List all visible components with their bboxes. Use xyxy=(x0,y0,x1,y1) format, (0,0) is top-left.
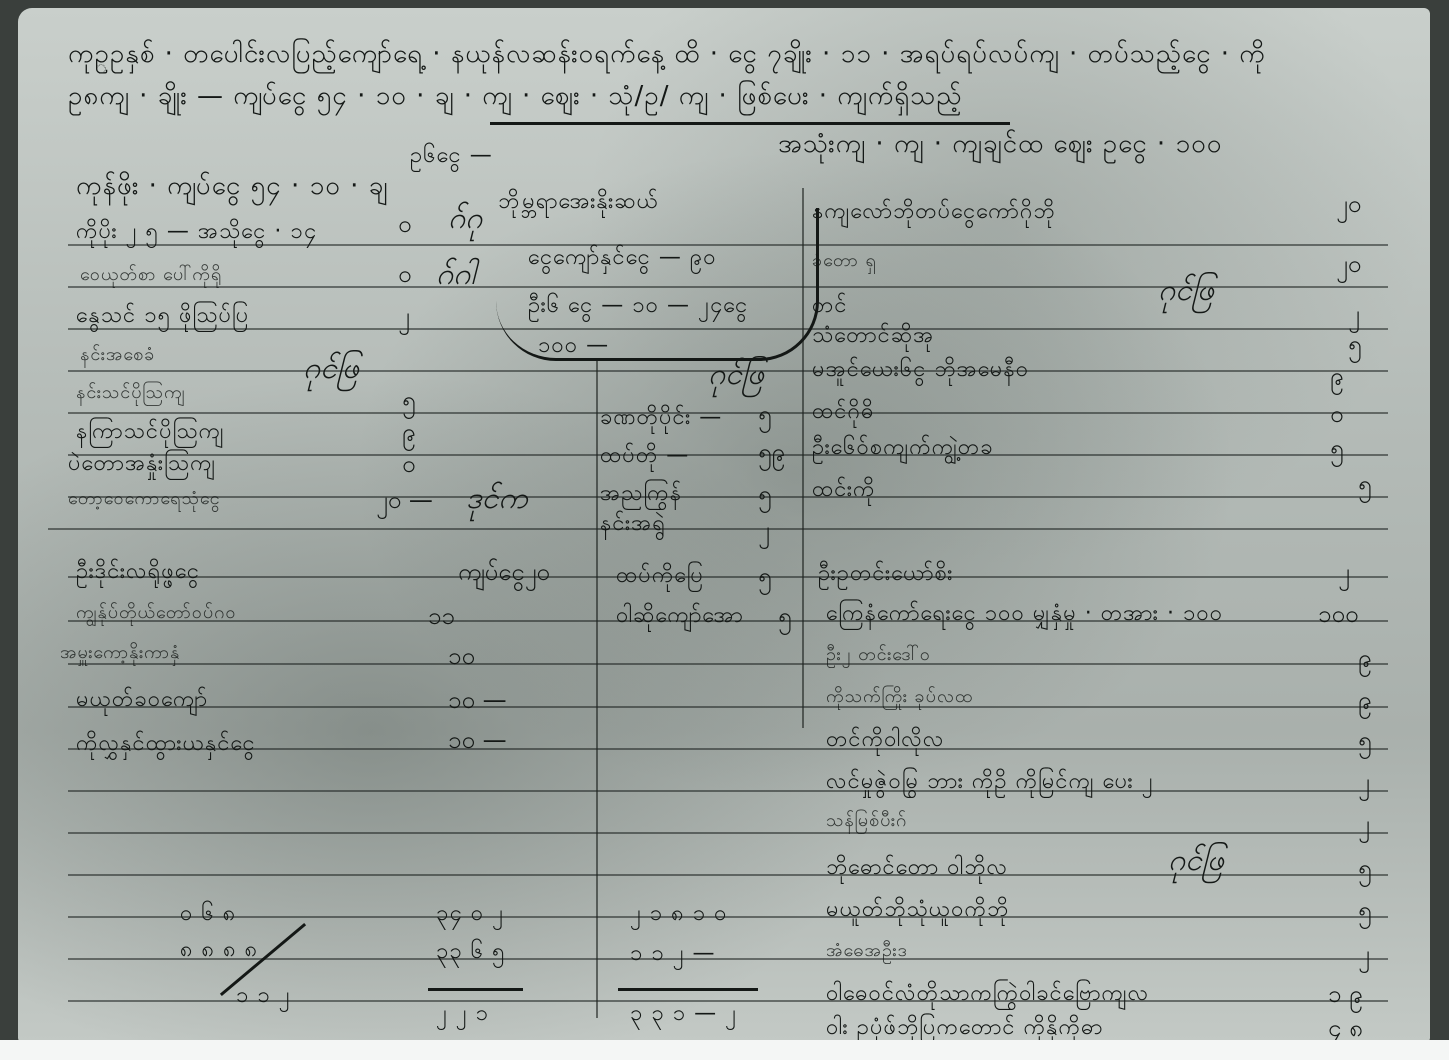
calc-line: ၁ ၁ ၂ — xyxy=(630,938,716,971)
left-lower-amount: ၁၀ — xyxy=(448,724,507,760)
middle-row: ထပ်ကိုပြေ xyxy=(616,560,704,593)
right-row: တင် xyxy=(812,290,848,323)
left-amount: ၉ xyxy=(402,416,416,452)
right-row: တင်ကိုဝါလိုလ xyxy=(826,724,945,757)
left-amount: ၂ xyxy=(398,300,410,336)
right-amount: ၁၀၀ xyxy=(1318,598,1359,634)
middle-row: နင်းအရွဲ xyxy=(600,508,666,541)
ruling-line xyxy=(68,412,1388,414)
left-lower-amount: ၁၀ — xyxy=(448,684,507,720)
right-amount: ၂ xyxy=(1358,808,1370,844)
left-lower-row: မယုတ်ခဝကျော် xyxy=(76,684,208,717)
right-row: လင်မှုဇွဲဝမြွ ဘား ကိုဥိ ကိုမြင်ကျ ပေး ၂ xyxy=(826,766,1154,799)
right-row: ဦး၂ တင်းဒေါ်ဝ xyxy=(826,642,931,669)
right-amount: ၂၀ xyxy=(1336,248,1361,284)
left-row: ကိုပိုး ၂ ၅ — အသိုငွေ · ၁၄ xyxy=(76,216,317,249)
boxed-note-line: ဘိုမ္ဘရာအေးနိုးဆယ် xyxy=(498,186,659,219)
ruling-line xyxy=(68,576,1388,578)
manuscript-page: ကုဥ္ဥနှစ် · တပေါင်းလပြည့်ကျော်ရေ့ · နယုန… xyxy=(18,8,1430,1042)
middle-row: ဝါဆိုကျော်အော xyxy=(616,600,744,633)
middle-row: ခဏတိုပိုင်း — xyxy=(600,402,722,435)
signature-mark: ဒုင်က xyxy=(466,478,528,523)
column-divider xyxy=(596,358,598,1018)
right-amount: ၂ xyxy=(1338,556,1350,592)
right-amount: ၂ xyxy=(1358,766,1370,802)
calc-line: ၂ ၁ ၈ ၁ ၀ xyxy=(630,898,727,931)
right-row: ထင်းကို xyxy=(812,474,876,507)
middle-amount: ၅၉ xyxy=(758,436,785,472)
right-row: ထင်ဂိုဓိ xyxy=(812,396,874,429)
header-line-2: ဥ၈ကျ · ချိုး — ကျပ်ငွေ ၅၄ · ၁၀ · ချ · ကျ… xyxy=(68,78,962,117)
ruling-line xyxy=(68,663,1388,665)
right-row: သန်မြစ်ပီးဂ် xyxy=(826,808,907,835)
header-underline xyxy=(490,122,1010,125)
right-amount: ၅ xyxy=(1358,852,1372,888)
left-lower-row: ကျွန်ုပ်တိုယ်တော်ဝပ်ဂ၀ xyxy=(76,600,237,627)
left-row: ပဲတောအနှုံးသြကျ xyxy=(68,448,216,481)
right-amount: ၅ xyxy=(1358,724,1372,760)
left-amount: ၀ xyxy=(398,258,412,294)
signature-mark: ဂ်ဂု xyxy=(448,198,482,243)
middle-row: အညကြွန် xyxy=(600,478,682,511)
left-lower-amount: ၁၁ xyxy=(428,600,455,636)
right-amount: ၀ xyxy=(1330,398,1344,434)
right-amount: ၅ xyxy=(1348,328,1362,364)
left-lower-row: အမှူးကော့နိုးကာနှံ xyxy=(60,640,180,667)
left-lower-amount: ၁၀ xyxy=(448,640,475,676)
right-row: ကိုသက်ကြိုး ခုပ်လထ xyxy=(826,684,973,711)
right-row: မအူင်ယေး၆ငွ ဘိုအမေနီဝ xyxy=(812,354,1029,387)
header-subnote: ဥ၆ငွေ — xyxy=(410,140,493,173)
signature-mark: ဂ်ဂါ xyxy=(436,254,475,299)
header-line-1: ကုဥ္ဥနှစ် · တပေါင်းလပြည့်ကျော်ရေ့ · နယုန… xyxy=(68,36,1266,75)
boxed-note-line: ငွေကျော်နှင်ငွေ — ၉၀ xyxy=(528,242,717,275)
ruling-line xyxy=(68,832,1388,834)
right-row: အံဓေအဦးဒ xyxy=(826,938,908,965)
right-row: နကျလော်ဘိုတပ်ငွေကော်ဂိုဘို xyxy=(812,196,1056,229)
middle-amount: ၂ xyxy=(758,514,770,550)
calc-line: ၃ ၃ ၁ — ၂ xyxy=(630,998,737,1031)
ruling-line xyxy=(68,706,1388,708)
right-amount: ၅ xyxy=(1358,468,1372,504)
left-row: နွေသင် ၁၅ ဖိုသြပ်ပြ xyxy=(76,300,249,333)
ruling-line xyxy=(68,496,1388,498)
right-amount: ၂၀ xyxy=(1336,188,1361,224)
right-row: သံတောင်ဆိုအု xyxy=(812,320,934,353)
ruling-line xyxy=(68,454,1388,456)
right-amount: ၉ xyxy=(1330,360,1344,396)
right-amount: ၁ ၉ xyxy=(1328,978,1363,1014)
sum-line xyxy=(428,988,523,991)
right-amount: ၉ xyxy=(1358,642,1372,678)
ruling-line xyxy=(48,528,1388,530)
right-row: ဦး၆ေဝ်စကျက်ကျွဲ့တခ xyxy=(812,432,994,465)
right-row: ဦးဥတင်းယော်စိး xyxy=(818,558,954,591)
right-amount: ၉ xyxy=(1358,684,1372,720)
right-column-title: အသုံးကျ · ကျ · ကျချင်ထ ဈေး ဥငွေ · ၁၀၀ xyxy=(778,126,1222,165)
right-row: ဝါဓေဝင်လံတိုသာကကြွဲဝါခင်ဗြောကျလ xyxy=(826,978,1149,1011)
calc-line: ၃၄ ၀ ၂ xyxy=(436,898,504,931)
calc-line: ၃၃ ၆ ၅ xyxy=(436,936,506,969)
scan-border xyxy=(0,1040,1449,1060)
middle-amount: ၅ xyxy=(758,560,772,596)
left-lower-amount: ကျပ်ငွေ၂ဝ xyxy=(458,556,550,592)
calc-line: ဝ ၆ ၈ xyxy=(180,898,236,931)
ruling-line xyxy=(68,790,1388,792)
left-row: နကြာသင်ပိုသြကျ xyxy=(76,416,225,449)
calc-line: ၁ ၁ ၂ xyxy=(236,980,291,1013)
left-row: တော့ဝေကောရေသုံငွေ xyxy=(68,486,221,513)
right-row: မယူတ်ဘိုသုံယူဝကိုဘို xyxy=(826,894,1009,927)
middle-amount: ၅ xyxy=(758,398,772,434)
left-row: ဝေယုတ်စာ ပေါ်ကိုရို xyxy=(80,262,222,289)
signature-mark: ဂုင်ဖြ xyxy=(303,348,359,393)
middle-amount: ၅ xyxy=(778,600,792,636)
signature-mark: ဂုင်ဖြ xyxy=(1158,270,1214,315)
right-amount: ၅ xyxy=(1358,894,1372,930)
right-amount: ၂ xyxy=(1358,938,1370,974)
right-row: ဘိုဓောင်တော ဝါဘိုလ xyxy=(826,852,1008,885)
signature-mark: ဂုင်ဖြ xyxy=(1168,840,1224,885)
left-column-title: ကုန်ဖိုး · ကျပ်ငွေ ၅၄ · ၁၀ · ချ xyxy=(76,168,388,207)
left-amount: ၅ xyxy=(402,384,416,420)
right-row: ကြေနံကော်ရေးငွေ ၁၀၀ မျှနှံမှု · တအား · ၁… xyxy=(826,598,1223,631)
ruling-line xyxy=(68,748,1388,750)
left-amount: ၀ xyxy=(398,208,412,244)
left-amount: ၂၀ — xyxy=(376,484,433,520)
middle-row: ထပ်တို — xyxy=(600,440,689,473)
ruling-line xyxy=(68,916,1388,918)
signature-mark: ဂုင်ဖြ xyxy=(708,354,764,399)
boxed-note-line: ဦး၆ ငွေ — ၁၀ — ၂၄ငွေ xyxy=(528,290,748,323)
left-lower-row: ဦးဒိုင်းလရိုဖ္ဖငွေ xyxy=(76,556,200,589)
calc-line: ၂ ၂ ၁ xyxy=(436,998,489,1031)
right-amount: ၅ xyxy=(1330,432,1344,468)
left-lower-row: ကိုလွှနှင်ထွားယနှင်ငွေ xyxy=(76,728,256,761)
boxed-note-line: ၁၀၀ — xyxy=(538,330,609,363)
sum-line xyxy=(618,988,758,991)
calc-line: ၈ ၈ ၈ ၈ xyxy=(180,934,258,967)
middle-amount: ၅ xyxy=(758,478,772,514)
left-row: နင်းအစေခံ xyxy=(80,342,155,369)
left-row: နင်းသင်ပိုသြကျ xyxy=(76,380,185,407)
right-row: ခံတော ရှ xyxy=(812,248,877,275)
left-amount: ၀ xyxy=(402,448,416,484)
